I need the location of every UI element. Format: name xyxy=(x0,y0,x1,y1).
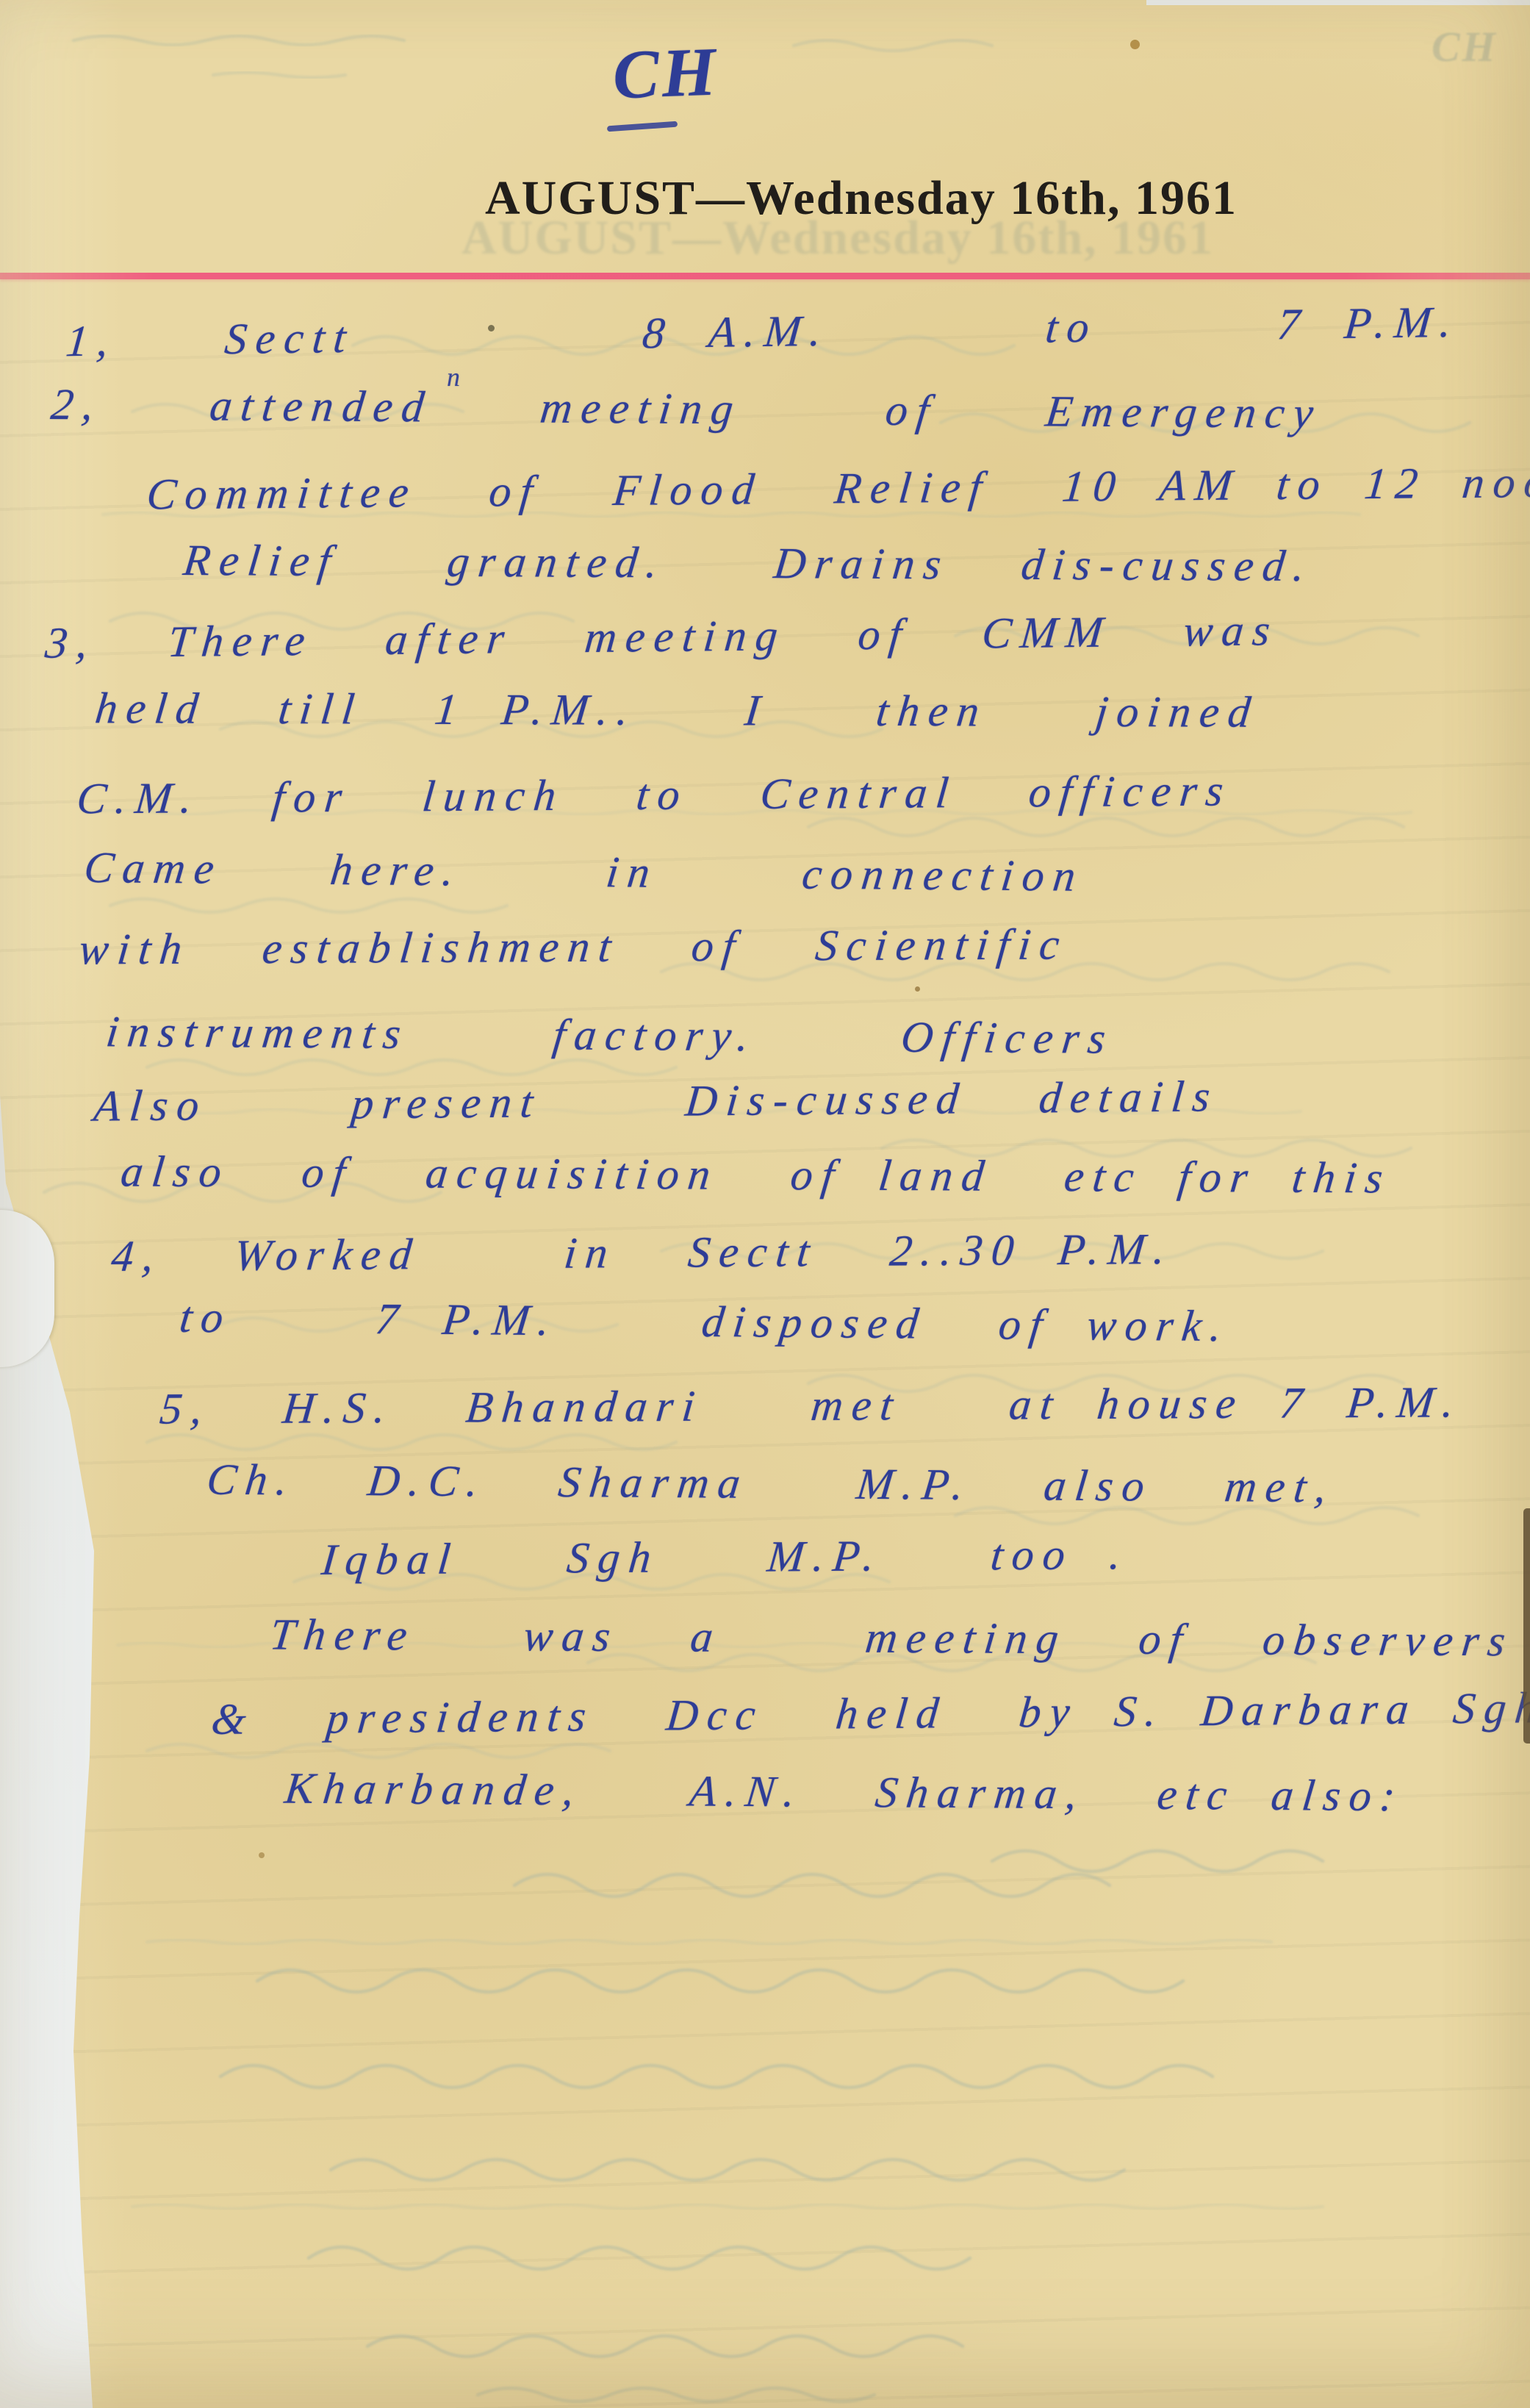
handwritten-line: held till 1 P.M.. I then joined xyxy=(93,681,1262,738)
ghost-mark xyxy=(514,1874,1110,1896)
diary-page-scan: AUGUST—Wednesday 16th, 1961 CH CH AUGUST… xyxy=(0,0,1530,2408)
handwritten-line: Came here. in connection xyxy=(82,841,1087,903)
handwritten-line: 5, H.S. Bhandari met at house 7 P.M. xyxy=(157,1375,1465,1435)
ghost-mark xyxy=(132,2204,1323,2209)
ch-underline-stroke xyxy=(607,121,678,132)
age-spot xyxy=(915,986,920,992)
ghost-mark xyxy=(808,818,1404,836)
ghost-mark xyxy=(220,2065,1213,2088)
handwritten-line: 3, There after meeting of CMM was xyxy=(43,603,1282,670)
ruled-line-impressions xyxy=(0,290,1530,2408)
ghost-mark xyxy=(147,1940,1271,1944)
handwritten-line: with establishment of Scientific xyxy=(76,917,1070,975)
handwritten-line: Relief granted. Drains dis-cussed. xyxy=(181,534,1316,592)
ink-speck xyxy=(488,325,495,332)
handwritten-line: to 7 P.M. disposed of work. xyxy=(177,1291,1233,1352)
ghost-mark xyxy=(73,36,404,45)
handwritten-line: Also present Dis-cussed details xyxy=(92,1069,1221,1132)
ghost-mark xyxy=(147,1060,676,1075)
date-header: AUGUST—Wednesday 16th, 1961 xyxy=(485,171,1238,226)
scan-right-edge-shadow xyxy=(1523,1508,1530,1744)
handwritten-line: 1, Sectt 8 A.M. to 7 P.M. xyxy=(64,295,1462,368)
ghost-mark xyxy=(257,1970,1183,1992)
ghost-mark xyxy=(992,1851,1323,1871)
handwritten-line: Committee of Flood Relief 10 AM to 12 no… xyxy=(145,455,1530,520)
scan-top-edge xyxy=(1146,0,1530,5)
ghost-mark xyxy=(367,2336,963,2357)
handwritten-line: C.M. for lunch to Central officers xyxy=(74,764,1234,825)
handwritten-line: instruments factory. Officers xyxy=(104,1005,1117,1065)
handwritten-line: Ch. D.C. Sharma M.P. also met, xyxy=(204,1453,1338,1514)
age-spot xyxy=(1130,40,1140,49)
handwritten-line: Kharbande, A.N. Sharma, etc also: xyxy=(282,1762,1407,1823)
handwritten-line: Iqbal Sgh M.P. too . xyxy=(319,1527,1132,1586)
ghost-mark xyxy=(309,2247,970,2269)
insertion-mark-n: n xyxy=(447,362,461,393)
page-annotation-ch: CH xyxy=(611,31,720,118)
handwritten-line: 2, attended meeting of Emergency xyxy=(49,378,1325,440)
age-spot xyxy=(259,1852,265,1858)
ghost-ch-mark: CH xyxy=(1432,22,1498,71)
ghost-mark xyxy=(147,1744,610,1757)
handwritten-line: also of acquisition of land etc for this xyxy=(118,1144,1394,1204)
ghost-mark xyxy=(147,1435,676,1450)
handwritten-line: 4, Worked in Sectt 2..30 P.M. xyxy=(109,1222,1176,1283)
ghost-mark xyxy=(331,2160,1124,2180)
pink-rule xyxy=(0,273,1530,279)
ghost-mark xyxy=(478,2388,874,2401)
handwritten-line: & presidents Dcc held by S. Darbara Sgh xyxy=(209,1681,1530,1746)
ghost-mark xyxy=(213,73,345,78)
handwritten-line: There was a meeting of observers xyxy=(267,1608,1517,1668)
ghost-mark xyxy=(794,40,992,51)
ghost-mark xyxy=(110,899,507,912)
